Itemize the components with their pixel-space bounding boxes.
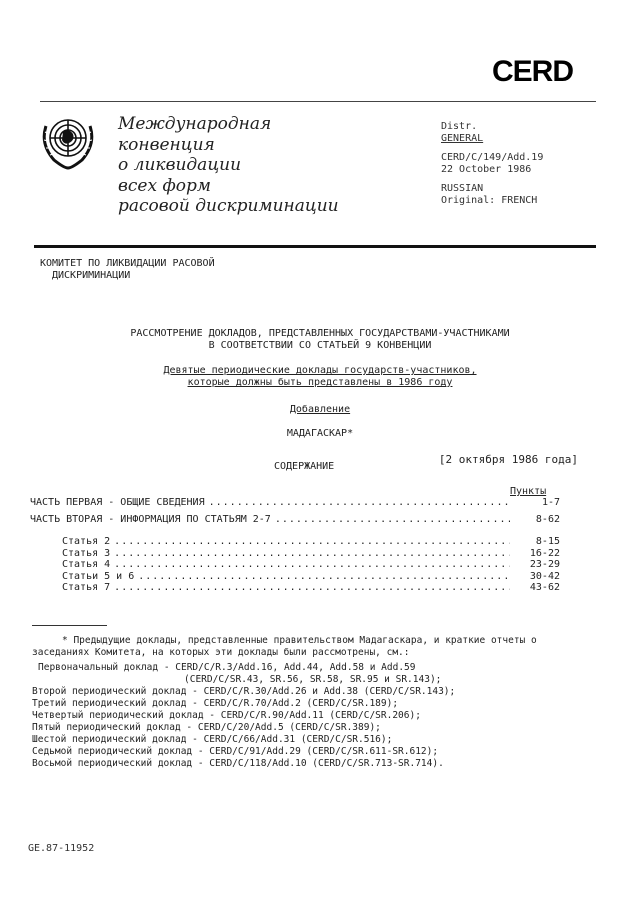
toc-label: Статья 3 — [62, 548, 110, 560]
convention-line: Международная — [118, 114, 339, 135]
header-rule — [40, 101, 596, 102]
footnote-ref: Седьмой периодический доклад - CERD/C/91… — [32, 746, 572, 758]
footnote-rule — [32, 625, 107, 626]
contents-heading: СОДЕРЖАНИЕ — [274, 461, 334, 472]
footnote: * Предыдущие доклады, представленные пра… — [32, 635, 572, 770]
toc-row: ЧАСТЬ ВТОРАЯ - ИНФОРМАЦИЯ ПО СТАТЬЯМ 2-7… — [30, 514, 560, 531]
toc-points: 30-42 — [514, 571, 560, 583]
footnote-ref: Четвертый периодический доклад - CERD/C/… — [32, 710, 572, 722]
un-emblem-icon — [36, 110, 100, 174]
toc-points: 8-62 — [514, 514, 560, 526]
toc-row: Статьи 5 и 6 30-42 — [62, 571, 560, 583]
toc-leader — [275, 514, 510, 526]
subtitle-line: которые должны быть представлены в 1986 … — [60, 377, 580, 389]
toc-label: ЧАСТЬ ВТОРАЯ - ИНФОРМАЦИЯ ПО СТАТЬЯМ 2-7 — [30, 514, 271, 526]
distribution-type: GENERAL — [441, 133, 543, 145]
toc-leader — [114, 536, 510, 548]
toc-main: ЧАСТЬ ПЕРВАЯ - ОБЩИЕ СВЕДЕНИЯ 1-7 ЧАСТЬ … — [30, 497, 560, 531]
toc-label: Статьи 5 и 6 — [62, 571, 134, 583]
toc-row: Статья 7 43-62 — [62, 582, 560, 594]
footnote-ref: Первоначальный доклад - CERD/C/R.3/Add.1… — [32, 662, 572, 674]
original-language: Original: FRENCH — [441, 195, 543, 207]
toc-points: 43-62 — [514, 582, 560, 594]
toc-label: Статья 4 — [62, 559, 110, 571]
toc-points: 16-22 — [514, 548, 560, 560]
toc-leader — [138, 571, 510, 583]
job-number: GE.87-11952 — [28, 843, 94, 854]
toc-points: 1-7 — [514, 497, 560, 509]
footnote-ref: Шестой периодический доклад - CERD/C/66/… — [32, 734, 572, 746]
main-title: РАССМОТРЕНИЕ ДОКЛАДОВ, ПРЕДСТАВЛЕННЫХ ГО… — [60, 328, 580, 352]
points-header: Пункты — [510, 486, 546, 497]
footnote-ref: Восьмой периодический доклад - CERD/C/11… — [32, 758, 572, 770]
cerd-logo: CERD — [492, 55, 573, 89]
document-meta: Distr. GENERAL CERD/C/149/Add.19 22 Octo… — [441, 121, 543, 207]
footnote-ref: (CERD/C/SR.43, SR.56, SR.58, SR.95 и SR.… — [32, 674, 572, 686]
subtitle: Девятые периодические доклады государств… — [60, 365, 580, 389]
toc-row: Статья 2 8-15 — [62, 536, 560, 548]
document-language: RUSSIAN — [441, 183, 543, 195]
toc-sub: Статья 2 8-15 Статья 3 16-22 Статья 4 23… — [62, 536, 560, 594]
footnote-ref: Пятый периодический доклад - CERD/C/20/A… — [32, 722, 572, 734]
document-date: 22 October 1986 — [441, 164, 543, 176]
convention-title: Международная конвенция о ликвидации все… — [118, 114, 339, 217]
subtitle-line: Девятые периодические доклады государств… — [60, 365, 580, 377]
country-heading: МАДАГАСКАР* — [60, 428, 580, 440]
toc-label: ЧАСТЬ ПЕРВАЯ - ОБЩИЕ СВЕДЕНИЯ — [30, 497, 205, 509]
toc-leader — [114, 582, 510, 594]
committee-line: ДИСКРИМИНАЦИИ — [40, 270, 215, 282]
toc-row: Статья 3 16-22 — [62, 548, 560, 560]
convention-line: о ликвидации — [118, 155, 339, 176]
toc-label: Статья 7 — [62, 582, 110, 594]
committee-name: КОМИТЕТ ПО ЛИКВИДАЦИИ РАСОВОЙ ДИСКРИМИНА… — [40, 258, 215, 282]
toc-leader — [114, 559, 510, 571]
addendum-heading: Добавление — [60, 404, 580, 416]
footnote-ref: Второй периодический доклад - CERD/C/R.3… — [32, 686, 572, 698]
distribution: Distr. — [441, 121, 543, 133]
toc-leader — [209, 497, 510, 509]
toc-row: Статья 4 23-29 — [62, 559, 560, 571]
toc-leader — [114, 548, 510, 560]
header-thick-rule — [34, 245, 596, 248]
main-title-line: РАССМОТРЕНИЕ ДОКЛАДОВ, ПРЕДСТАВЛЕННЫХ ГО… — [60, 328, 580, 340]
convention-line: расовой дискриминации — [118, 196, 339, 217]
toc-points: 8-15 — [514, 536, 560, 548]
committee-line: КОМИТЕТ ПО ЛИКВИДАЦИИ РАСОВОЙ — [40, 258, 215, 270]
toc-row: ЧАСТЬ ПЕРВАЯ - ОБЩИЕ СВЕДЕНИЯ 1-7 — [30, 497, 560, 514]
toc-label: Статья 2 — [62, 536, 110, 548]
footnote-text: * Предыдущие доклады, представленные пра… — [32, 635, 572, 659]
footnote-ref: Третий периодический доклад - CERD/C/R.7… — [32, 698, 572, 710]
convention-line: всех форм — [118, 176, 339, 197]
convention-line: конвенция — [118, 135, 339, 156]
footnote-references: Первоначальный доклад - CERD/C/R.3/Add.1… — [32, 662, 572, 770]
document-symbol: CERD/C/149/Add.19 — [441, 152, 543, 164]
main-title-line: В СООТВЕТСТВИИ СО СТАТЬЕЙ 9 КОНВЕНЦИИ — [60, 340, 580, 352]
toc-points: 23-29 — [514, 559, 560, 571]
report-date: [2 октября 1986 года] — [439, 453, 578, 466]
